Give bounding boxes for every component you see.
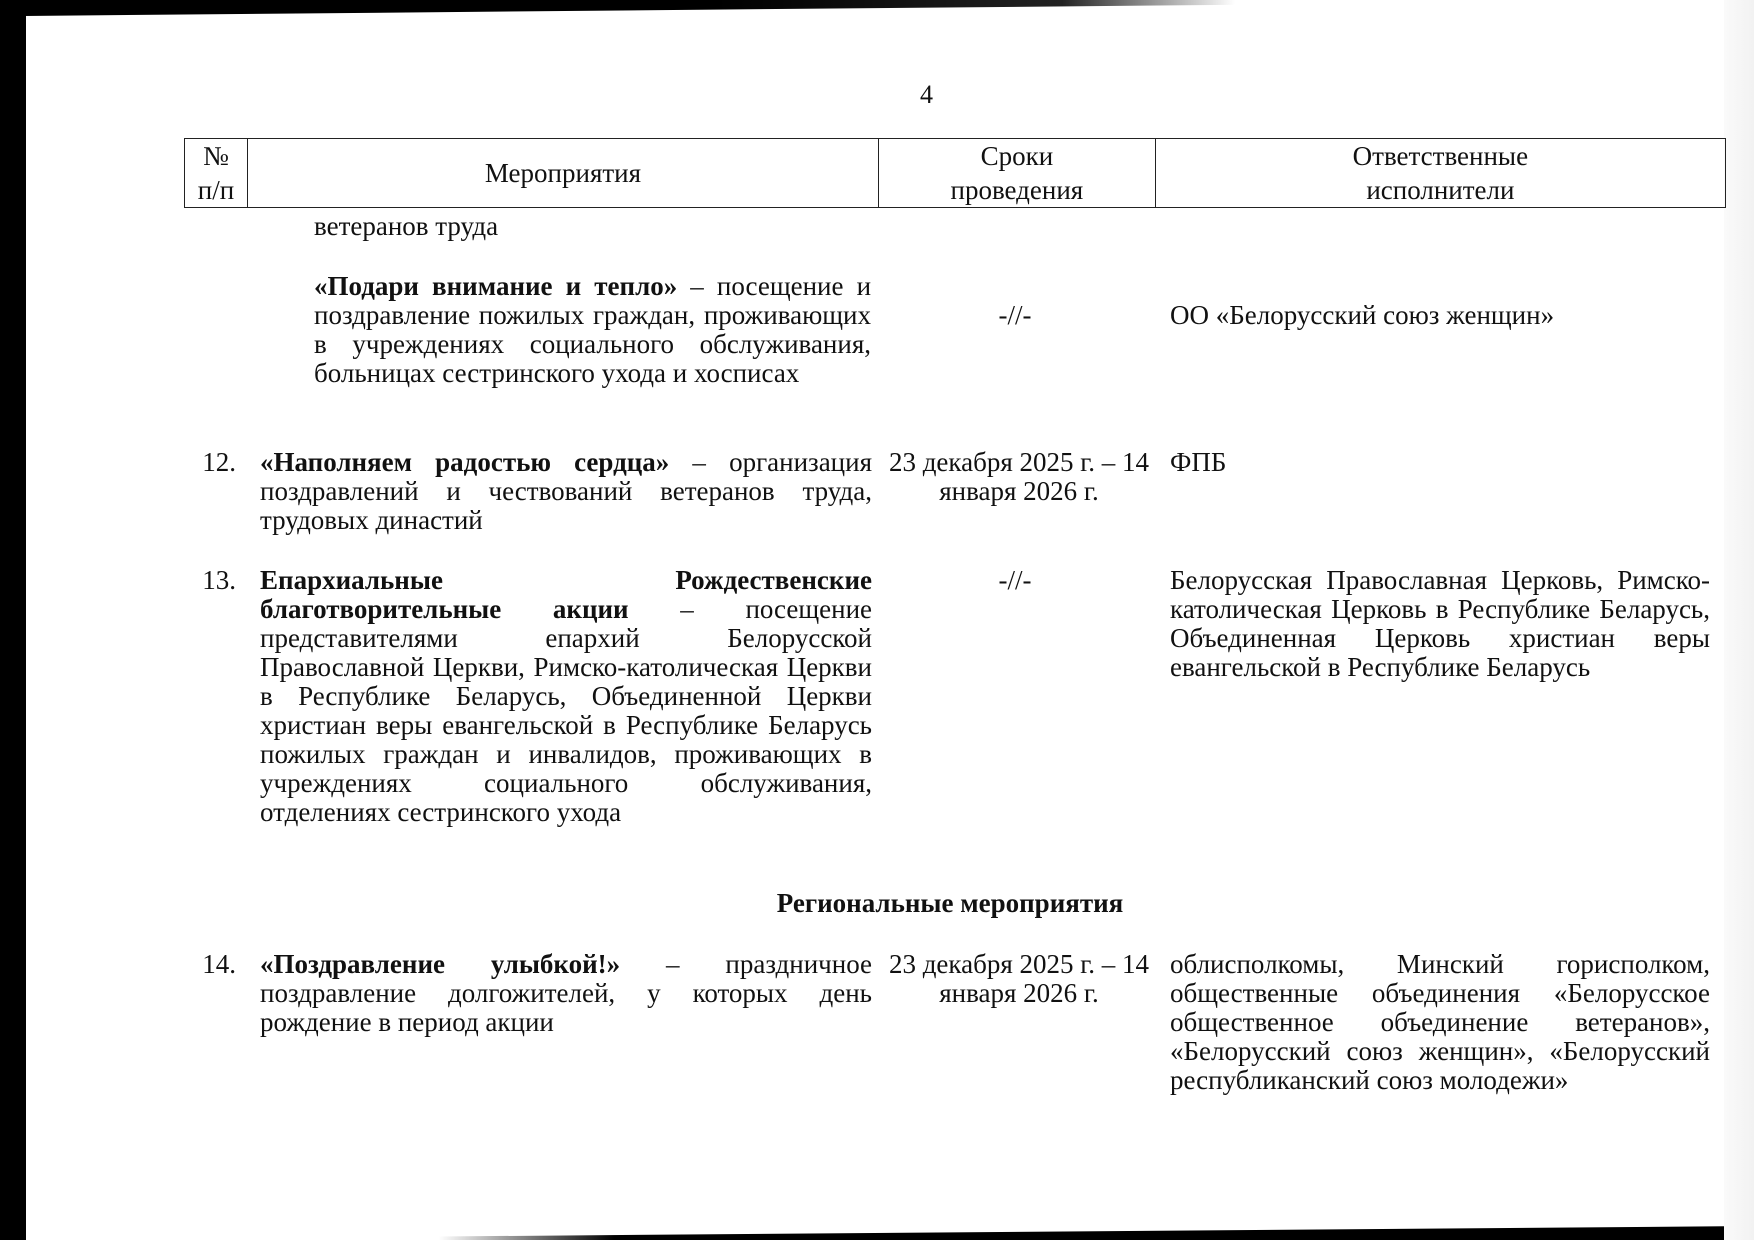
event-responsible: ОО «Белорусский союз женщин»: [1170, 301, 1710, 330]
event-dates: 23 декабря 2025 г. – 14 января 2026 г.: [884, 950, 1154, 1008]
table-row-event: «Подари внимание и тепло» – посещение и …: [314, 272, 871, 388]
event-dates: -//-: [880, 566, 1150, 595]
event-responsible: Белорусская Православная Церковь, Римско…: [1170, 566, 1710, 682]
table-header: № п/п Мероприятия Сроки проведения Ответ…: [184, 138, 1726, 208]
header-col-dates: Сроки проведения: [879, 139, 1156, 208]
row-number: 14.: [184, 950, 236, 979]
header-col-responsible: Ответственные исполнители: [1155, 139, 1725, 208]
scan-edge-right: [1724, 0, 1754, 1240]
row-number: 12.: [184, 448, 236, 477]
scan-border-top: [24, 0, 1754, 16]
event-title: «Подари внимание и тепло»: [314, 271, 677, 301]
table-row-event: «Поздравление улыбкой!» – праздничное по…: [260, 950, 872, 1037]
scan-border-bottom: [0, 1226, 1754, 1240]
event-responsible: ФПБ: [1170, 448, 1710, 477]
row-continuation-text: ветеранов труда: [314, 212, 498, 241]
event-title: «Поздравление улыбкой!»: [260, 949, 620, 979]
event-title: «Наполняем радостью сердца»: [260, 447, 669, 477]
event-description: посещение представителями епархий Белору…: [260, 594, 872, 827]
header-col-number: № п/п: [185, 139, 248, 208]
scan-border-left: [0, 0, 26, 1240]
event-responsible: облисполкомы, Минский горисполком, общес…: [1170, 950, 1710, 1095]
table-row-event: Епархиальные Рождественские благотворите…: [260, 566, 872, 827]
row-number: 13.: [184, 566, 236, 595]
header-col-event: Мероприятия: [247, 139, 878, 208]
section-title-regional: Региональные мероприятия: [0, 888, 1754, 919]
event-dates: 23 декабря 2025 г. – 14 января 2026 г.: [884, 448, 1154, 506]
table-row-event: «Наполняем радостью сердца» – организаци…: [260, 448, 872, 535]
event-dates: -//-: [880, 301, 1150, 330]
page-number: 4: [920, 80, 933, 110]
